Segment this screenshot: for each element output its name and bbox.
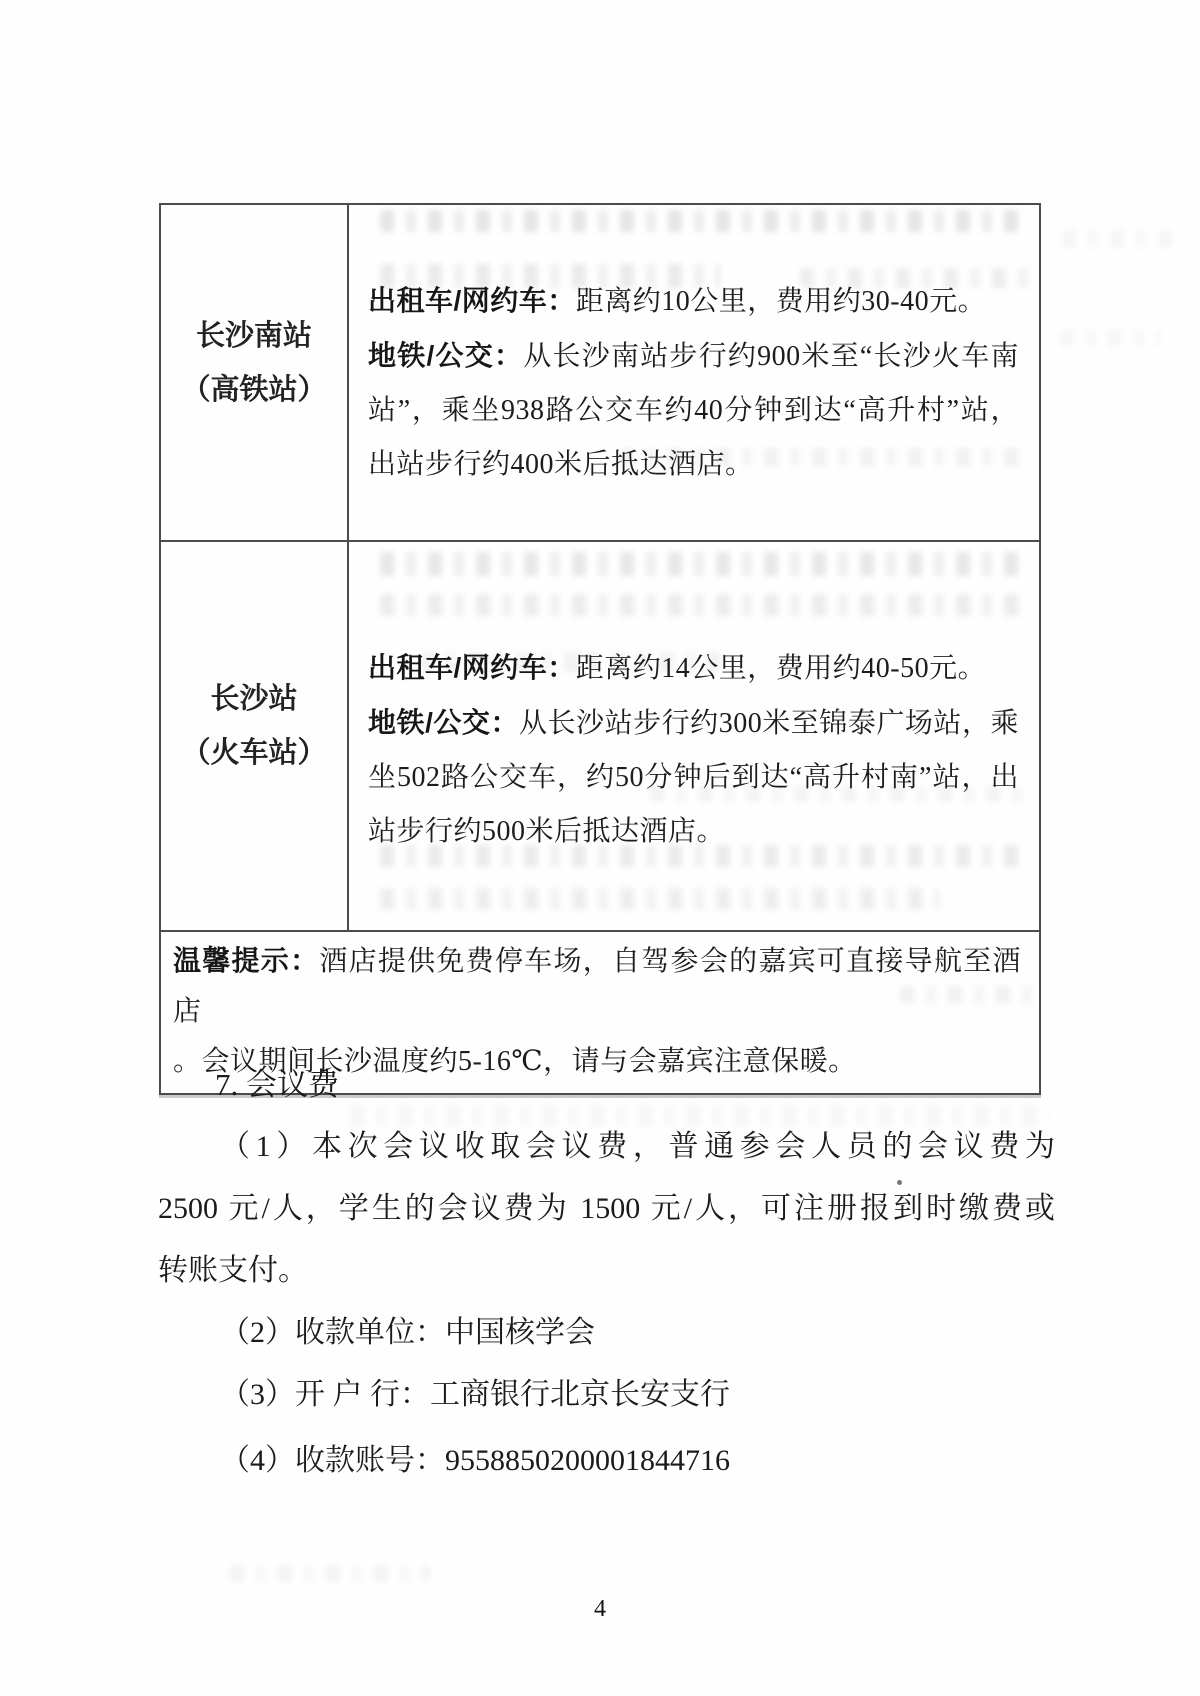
detail-line: 站步行约500米后抵达酒店。: [368, 805, 1019, 859]
transport-table: 长沙南站 （高铁站） 出租车/网约车：距离约10公里，费用约30-40元。 地铁…: [159, 203, 1041, 1095]
page-number: 4: [0, 1596, 1200, 1623]
metro-bus-label: 地铁/公交：: [368, 707, 519, 738]
details-cell-changsha-south: 出租车/网约车：距离约10公里，费用约30-40元。 地铁/公交：从长沙南站步行…: [349, 205, 1039, 540]
station-cell-changsha-south: 长沙南站 （高铁站）: [161, 205, 349, 540]
station-type: （高铁站）: [181, 363, 326, 417]
detail-line: 地铁/公交：从长沙站步行约300米至锦泰广场站，乘: [368, 696, 1019, 751]
station-name: 长沙南站: [196, 309, 312, 363]
taxi-label: 出租车/网约车：: [368, 652, 576, 683]
payee-item: （2）收款单位：中国核学会: [158, 1302, 1055, 1364]
detail-line: 出站步行约400米后抵达酒店。: [368, 438, 1019, 492]
station-type: （火车站）: [181, 726, 326, 780]
taxi-label: 出租车/网约车：: [368, 285, 576, 316]
detail-line: 出租车/网约车：距离约14公里，费用约40-50元。: [368, 641, 1019, 696]
table-row-changsha-south: 长沙南站 （高铁站） 出租车/网约车：距离约10公里，费用约30-40元。 地铁…: [161, 205, 1039, 542]
detail-line: 坐502路公交车，约50分钟后到达“高升村南”站，出: [368, 751, 1019, 805]
detail-text: 站步行约500米后抵达酒店。: [368, 816, 725, 847]
fee-paragraph-line: 转账支付。: [158, 1240, 1055, 1302]
detail-text: 从长沙南站步行约900米至“长沙火车南: [523, 341, 1019, 372]
fee-heading: 7. 会议费: [158, 1054, 1055, 1116]
detail-text: 出站步行约400米后抵达酒店。: [368, 449, 754, 480]
bleedthrough-artifact: [230, 1566, 430, 1582]
bleedthrough-artifact: [1062, 230, 1172, 248]
tip-label: 温馨提示：: [173, 945, 319, 976]
document-page: 长沙南站 （高铁站） 出租车/网约车：距离约10公里，费用约30-40元。 地铁…: [0, 0, 1200, 1696]
tip-line: 温馨提示：酒店提供免费停车场，自驾参会的嘉宾可直接导航至酒店: [173, 936, 1021, 1037]
detail-line: 出租车/网约车：距离约10公里，费用约30-40元。: [368, 274, 1019, 329]
bleedthrough-artifact: [1060, 330, 1160, 346]
detail-text: 从长沙站步行约300米至锦泰广场站，乘: [519, 708, 1019, 739]
station-cell-changsha-station: 长沙站 （火车站）: [161, 542, 349, 930]
fee-paragraph-line: （1）本次会议收取会议费，普通参会人员的会议费为: [158, 1116, 1055, 1178]
detail-line: 站”，乘坐938路公交车约40分钟到达“高升村”站，: [368, 384, 1019, 438]
fee-paragraph-line: 2500 元/人，学生的会议费为 1500 元/人，可注册报到时缴费或: [158, 1178, 1055, 1240]
fee-section: 7. 会议费 （1）本次会议收取会议费，普通参会人员的会议费为 2500 元/人…: [158, 1054, 1055, 1492]
detail-text: 站”，乘坐938路公交车约40分钟到达“高升村”站，: [368, 395, 1019, 426]
metro-bus-label: 地铁/公交：: [368, 340, 523, 371]
station-name: 长沙站: [210, 672, 297, 726]
detail-line: 地铁/公交：从长沙南站步行约900米至“长沙火车南: [368, 329, 1019, 384]
detail-text: 距离约10公里，费用约30-40元。: [576, 286, 986, 317]
bank-item: （3）开 户 行：工商银行北京长安支行: [158, 1364, 1055, 1426]
detail-text: 距离约14公里，费用约40-50元。: [576, 653, 986, 684]
account-item: （4）收款账号：9558850200001844716: [158, 1430, 1055, 1492]
details-cell-changsha-station: 出租车/网约车：距离约14公里，费用约40-50元。 地铁/公交：从长沙站步行约…: [349, 542, 1039, 930]
table-row-changsha-station: 长沙站 （火车站） 出租车/网约车：距离约14公里，费用约40-50元。 地铁/…: [161, 542, 1039, 932]
detail-text: 坐502路公交车，约50分钟后到达“高升村南”站，出: [368, 762, 1019, 793]
